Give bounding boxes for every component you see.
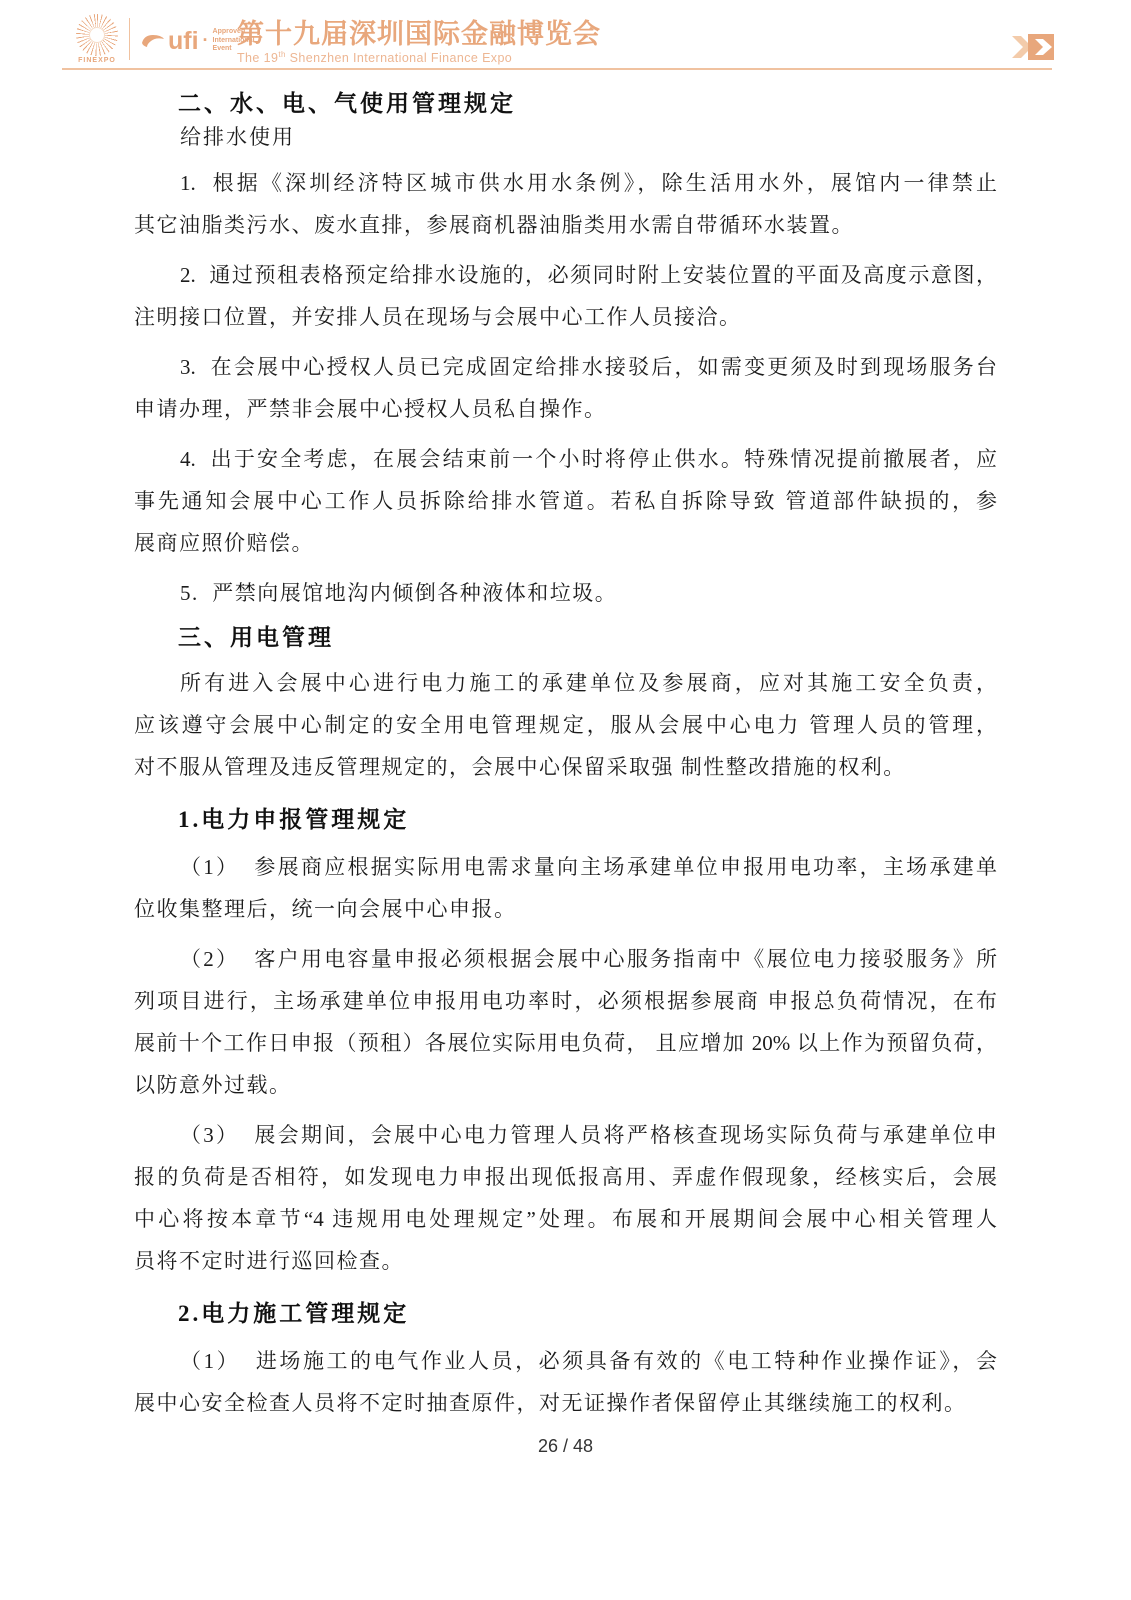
page-header: FINEXPO ufi · Approved International Eve…	[0, 0, 1131, 70]
paragraph: 1. 根据《深圳经济特区城市供水用水条例》，除生活用水外，展馆内一律禁止其它油脂…	[134, 162, 997, 246]
text-line: 展商应照价赔偿。	[134, 522, 997, 564]
text-line: 位收集整理后，统一向会展中心申报。	[134, 888, 997, 930]
paragraph: 5. 严禁向展馆地沟内倾倒各种液体和垃圾。	[134, 572, 997, 614]
document-body: 二、水、电、气使用管理规定给排水使用1. 根据《深圳经济特区城市供水用水条例》，…	[0, 70, 1131, 1424]
ufi-logo-dot: ·	[203, 30, 209, 51]
expo-title-en: The 19th Shenzhen International Finance …	[237, 50, 601, 65]
header-divider	[129, 18, 130, 60]
text-line: 展中心安全检查人员将不定时抽查原件，对无证操作者保留停止其继续施工的权利。	[134, 1382, 997, 1424]
section-heading: 三、用电管理	[134, 622, 997, 654]
text-line: 展前十个工作日申报（预租）各展位实际用电负荷， 且应增加 20% 以上作为预留负…	[134, 1022, 997, 1064]
paragraph: （2） 客户用电容量申报必须根据会展中心服务指南中《展位电力接驳服务》所列项目进…	[134, 938, 997, 1106]
paragraph: （1） 参展商应根据实际用电需求量向主场承建单位申报用电功率，主场承建单位收集整…	[134, 846, 997, 930]
chevron-right-icon	[1012, 33, 1054, 61]
text-line: 列项目进行，主场承建单位申报用电功率时，必须根据参展商 申报总负荷情况，在布	[134, 980, 997, 1022]
section-heading: 二、水、电、气使用管理规定	[134, 88, 997, 120]
paragraph: 所有进入会展中心进行电力施工的承建单位及参展商，应对其施工安全负责，应该遵守会展…	[134, 662, 997, 788]
text-line: 中心将按本章节“4 违规用电处理规定”处理。布展和开展期间会展中心相关管理人	[134, 1198, 997, 1240]
ufi-swoosh-icon	[141, 33, 165, 48]
text-line: 以防意外过载。	[134, 1064, 997, 1106]
text-line: （3） 展会期间，会展中心电力管理人员将严格核查现场实际负荷与承建单位申	[134, 1114, 997, 1156]
text-line: （2） 客户用电容量申报必须根据会展中心服务指南中《展位电力接驳服务》所	[134, 938, 997, 980]
text-line: 其它油脂类污水、废水直排，参展商机器油脂类用水需自带循环水装置。	[134, 204, 997, 246]
expo-title-en-suffix: Shenzhen International Finance Expo	[286, 51, 512, 65]
text-line: 1. 根据《深圳经济特区城市供水用水条例》，除生活用水外，展馆内一律禁止	[134, 162, 997, 204]
expo-title-en-prefix: The 19	[237, 51, 278, 65]
section-heading: 1.电力申报管理规定	[134, 804, 997, 836]
paragraph: （1） 进场施工的电气作业人员，必须具备有效的《电工特种作业操作证》，会展中心安…	[134, 1340, 997, 1424]
document-page: { "header": { "brand_color": "#e8a77c", …	[0, 0, 1131, 1600]
text-line: 申请办理，严禁非会展中心授权人员私自操作。	[134, 388, 997, 430]
sunburst-core	[89, 27, 105, 43]
finexpo-sunburst-icon	[76, 14, 118, 56]
text-line: 事先通知会展中心工作人员拆除给排水管道。若私自拆除导致 管道部件缺损的，参	[134, 480, 997, 522]
paragraph: 2. 通过预租表格预定给排水设施的，必须同时附上安装位置的平面及高度示意图，注明…	[134, 254, 997, 338]
paragraph: 4. 出于安全考虑，在展会结束前一个小时将停止供水。特殊情况提前撤展者，应事先通…	[134, 438, 997, 564]
finexpo-logo-caption: FINEXPO	[64, 57, 130, 64]
ufi-logo-text: ufi	[168, 30, 199, 52]
text-line: 5. 严禁向展馆地沟内倾倒各种液体和垃圾。	[134, 572, 997, 614]
text-line: 注明接口位置，并安排人员在现场与会展中心工作人员接洽。	[134, 296, 997, 338]
sub-label: 给排水使用	[134, 120, 997, 154]
text-line: 3. 在会展中心授权人员已完成固定给排水接驳后，如需变更须及时到现场服务台	[134, 346, 997, 388]
expo-title-cn: 第十九届深圳国际金融博览会	[237, 20, 601, 48]
text-line: 应该遵守会展中心制定的安全用电管理规定，服从会展中心电力 管理人员的管理，	[134, 704, 997, 746]
paragraph: 3. 在会展中心授权人员已完成固定给排水接驳后，如需变更须及时到现场服务台申请办…	[134, 346, 997, 430]
page-indicator: 26 / 48	[0, 1436, 1131, 1457]
paragraph: （3） 展会期间，会展中心电力管理人员将严格核查现场实际负荷与承建单位申报的负荷…	[134, 1114, 997, 1282]
text-line: 2. 通过预租表格预定给排水设施的，必须同时附上安装位置的平面及高度示意图，	[134, 254, 997, 296]
text-line: 所有进入会展中心进行电力施工的承建单位及参展商，应对其施工安全负责，	[134, 662, 997, 704]
text-line: （1） 进场施工的电气作业人员，必须具备有效的《电工特种作业操作证》，会	[134, 1340, 997, 1382]
text-line: 4. 出于安全考虑，在展会结束前一个小时将停止供水。特殊情况提前撤展者，应	[134, 438, 997, 480]
header-rule	[62, 68, 1052, 70]
expo-title-block: 第十九届深圳国际金融博览会 The 19th Shenzhen Internat…	[237, 20, 601, 65]
expo-title-en-ordinal: th	[278, 50, 285, 59]
text-line: 报的负荷是否相符，如发现电力申报出现低报高用、弄虚作假现象，经核实后，会展	[134, 1156, 997, 1198]
text-line: 对不服从管理及违反管理规定的，会展中心保留采取强 制性整改措施的权利。	[134, 746, 997, 788]
text-line: （1） 参展商应根据实际用电需求量向主场承建单位申报用电功率，主场承建单	[134, 846, 997, 888]
section-heading: 2.电力施工管理规定	[134, 1298, 997, 1330]
text-line: 员将不定时进行巡回检查。	[134, 1240, 997, 1282]
